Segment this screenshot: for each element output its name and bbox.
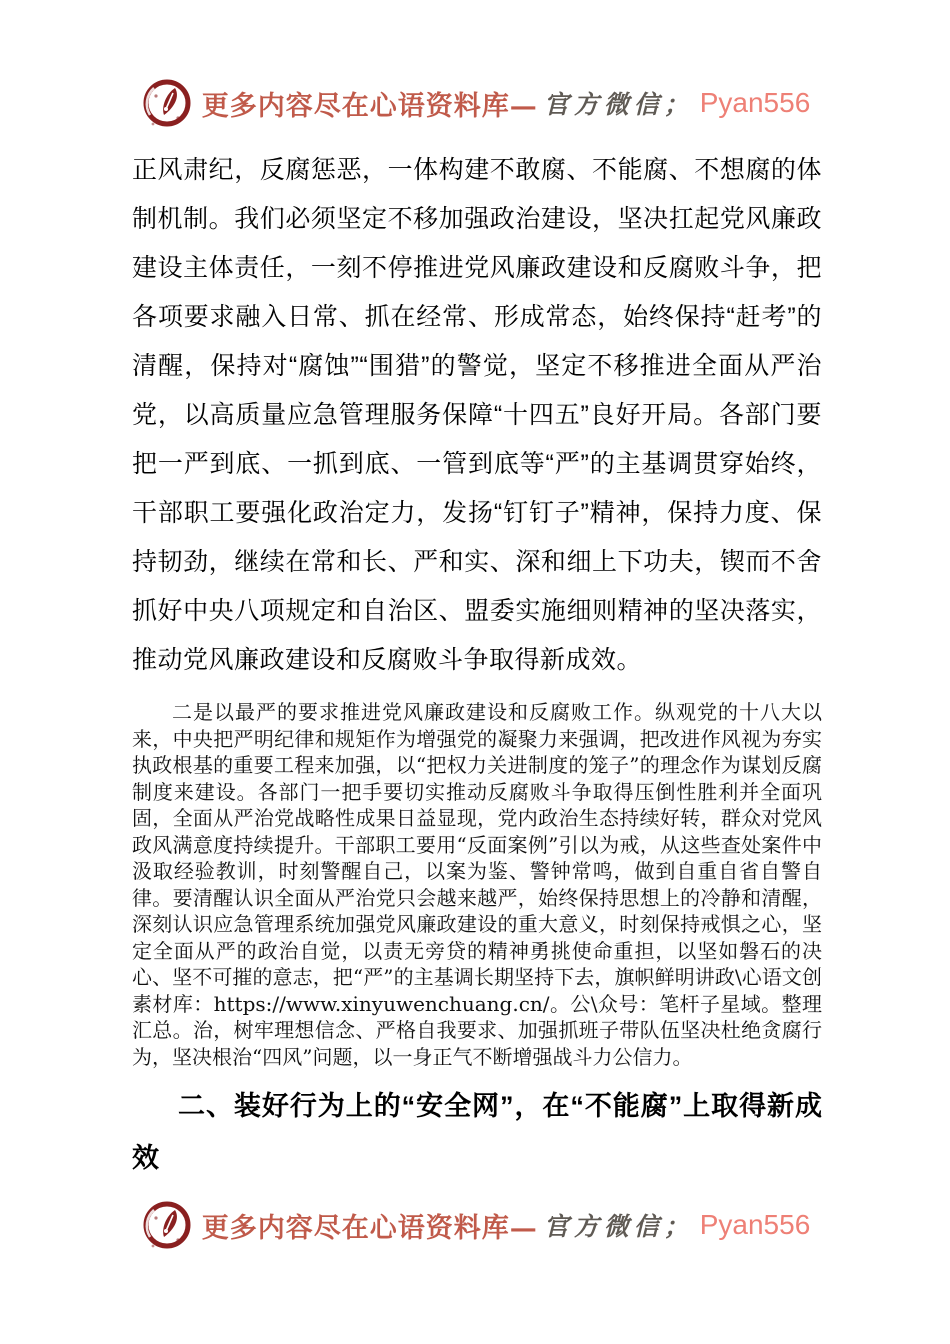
document-page: 更多内容尽在心语资料库— 官方微信； Pyan556 正风肃纪，反腐惩恶，一体构…	[0, 0, 950, 1344]
header-brand: 更多内容尽在心语资料库— 官方微信； Pyan556	[0, 74, 950, 132]
footer-brand-text: 更多内容尽在心语资料库—	[202, 1206, 538, 1245]
document-content: 正风肃纪，反腐惩恶，一体构建不敢腐、不能腐、不想腐的体制机制。我们必须坚定不移加…	[132, 146, 822, 1184]
footer-wechat-label: 官方微信；	[544, 1207, 694, 1243]
paragraph-small: 二是以最严的要求推进党风廉政建设和反腐败工作。纵观党的十八大以来，中央把严明纪律…	[132, 699, 822, 1070]
pen-nib-logo-icon	[140, 74, 194, 132]
paragraph-large: 正风肃纪，反腐惩恶，一体构建不敢腐、不能腐、不想腐的体制机制。我们必须坚定不移加…	[132, 146, 822, 685]
footer-wechat-id: Pyan556	[700, 1209, 811, 1241]
header-wechat-label: 官方微信；	[544, 85, 694, 121]
header-wechat-id: Pyan556	[700, 87, 811, 119]
pen-nib-logo-icon	[140, 1196, 194, 1254]
footer-brand: 更多内容尽在心语资料库— 官方微信； Pyan556	[0, 1196, 950, 1254]
section-heading: 二、装好行为上的“安全网”，在“不能腐”上取得新成效	[132, 1080, 822, 1184]
header-brand-text: 更多内容尽在心语资料库—	[202, 84, 538, 123]
